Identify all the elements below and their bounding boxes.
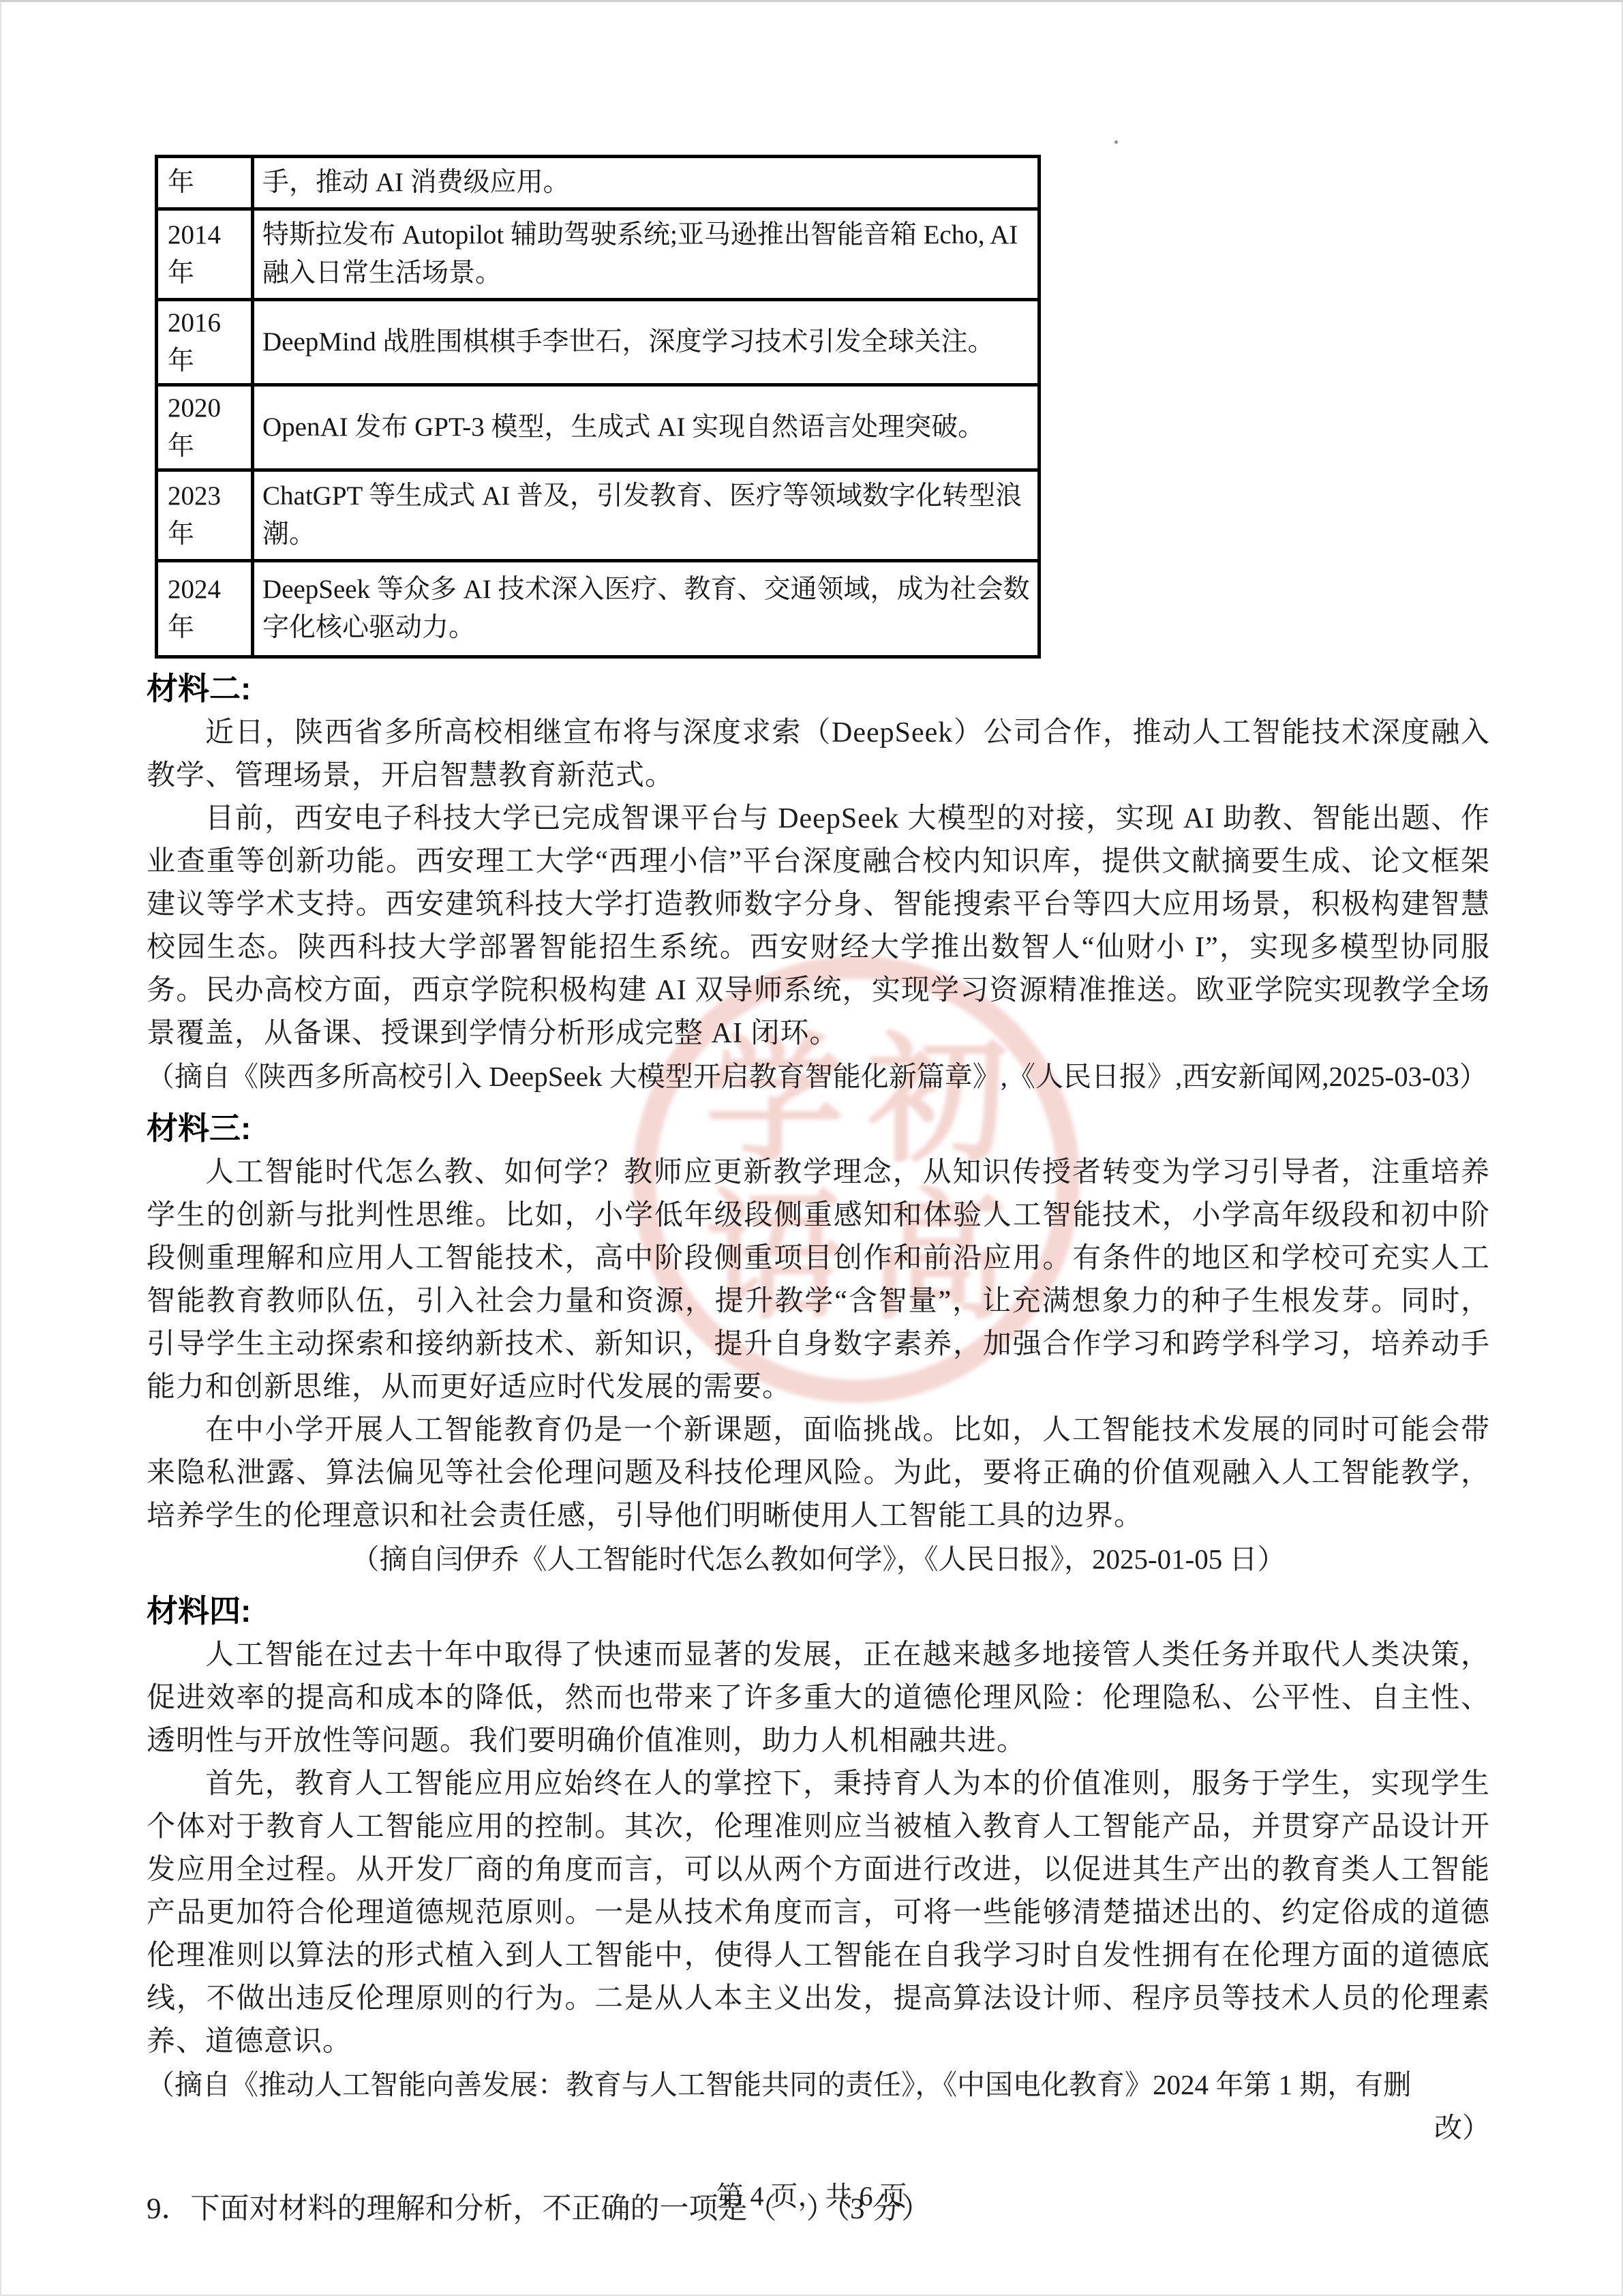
paragraph: 人工智能在过去十年中取得了快速而显著的发展，正在越来越多地接管人类任务并取代人类… [147,1634,1490,1763]
event-cell: DeepSeek 等众多 AI 技术深入医疗、教育、交通领域，成为社会数字化核心… [253,561,1040,657]
section-material-4: 材料四: 人工智能在过去十年中取得了快速而显著的发展，正在越来越多地接管人类任务… [147,1590,1490,2149]
table-row: 2014 年 特斯拉发布 Autopilot 辅助驾驶系统;亚马逊推出智能音箱 … [157,209,1040,300]
paragraph: 目前，西安电子科技大学已完成智课平台与 DeepSeek 大模型的对接，实现 A… [147,798,1490,1055]
event-cell: OpenAI 发布 GPT-3 模型，生成式 AI 实现自然语言处理突破。 [253,385,1040,470]
section-heading: 材料四: [147,1590,1490,1631]
event-cell: 特斯拉发布 Autopilot 辅助驾驶系统;亚马逊推出智能音箱 Echo, A… [253,209,1040,300]
exam-paper-page: 学初 语高 年 手，推动 AI 消费级应用。 2014 年 特斯拉发布 Auto… [0,0,1623,2296]
year-cell: 2016 年 [157,300,253,385]
citation: （摘自闫伊乔《人工智能时代怎么教如何学》，《人民日报》，2025-01-05 日… [147,1538,1490,1581]
year-cell: 年 [157,157,253,209]
table-row: 2020 年 OpenAI 发布 GPT-3 模型，生成式 AI 实现自然语言处… [157,385,1040,470]
paragraph: 首先，教育人工智能应用应始终在人的掌控下，秉持育人为本的价值准则，服务于学生，实… [147,1763,1490,2064]
year-cell: 2023 年 [157,470,253,561]
ai-timeline-table: 年 手，推动 AI 消费级应用。 2014 年 特斯拉发布 Autopilot … [155,155,1041,659]
citation: （摘自《陕西多所高校引入 DeepSeek 大模型开启教育智能化新篇章》,《人民… [147,1055,1490,1098]
year-cell: 2024 年 [157,561,253,657]
event-cell: 手，推动 AI 消费级应用。 [253,157,1040,209]
paragraph: 近日，陕西省多所高校相继宣布将与深度求索（DeepSeek）公司合作，推动人工智… [147,712,1490,798]
table-row: 2024 年 DeepSeek 等众多 AI 技术深入医疗、教育、交通领域，成为… [157,561,1040,657]
section-heading: 材料二: [147,668,1490,709]
section-material-2: 材料二: 近日，陕西省多所高校相继宣布将与深度求索（DeepSeek）公司合作，… [147,668,1490,1098]
table-row: 2023 年 ChatGPT 等生成式 AI 普及，引发教育、医疗等领域数字化转… [157,470,1040,561]
page-content: 年 手，推动 AI 消费级应用。 2014 年 特斯拉发布 Autopilot … [0,0,1623,2231]
year-cell: 2014 年 [157,209,253,300]
paragraph: 人工智能时代怎么教、如何学？教师应更新教学理念，从知识传授者转变为学习引导者，注… [147,1151,1490,1409]
citation-wrap: 改） [147,2106,1490,2149]
year-cell: 2020 年 [157,385,253,470]
page-footer: 第 4 页，共 6 页 [0,2179,1623,2214]
table-row: 2016 年 DeepMind 战胜围棋棋手李世石，深度学习技术引发全球关注。 [157,300,1040,385]
table-row: 年 手，推动 AI 消费级应用。 [157,157,1040,209]
event-cell: ChatGPT 等生成式 AI 普及，引发教育、医疗等领域数字化转型浪潮。 [253,470,1040,561]
section-heading: 材料三: [147,1108,1490,1149]
citation: （摘自《推动人工智能向善发展：教育与人工智能共同的责任》，《中国电化教育》202… [147,2064,1490,2106]
event-cell: DeepMind 战胜围棋棋手李世石，深度学习技术引发全球关注。 [253,300,1040,385]
paragraph: 在中小学开展人工智能教育仍是一个新课题，面临挑战。比如，人工智能技术发展的同时可… [147,1409,1490,1538]
section-material-3: 材料三: 人工智能时代怎么教、如何学？教师应更新教学理念，从知识传授者转变为学习… [147,1108,1490,1581]
